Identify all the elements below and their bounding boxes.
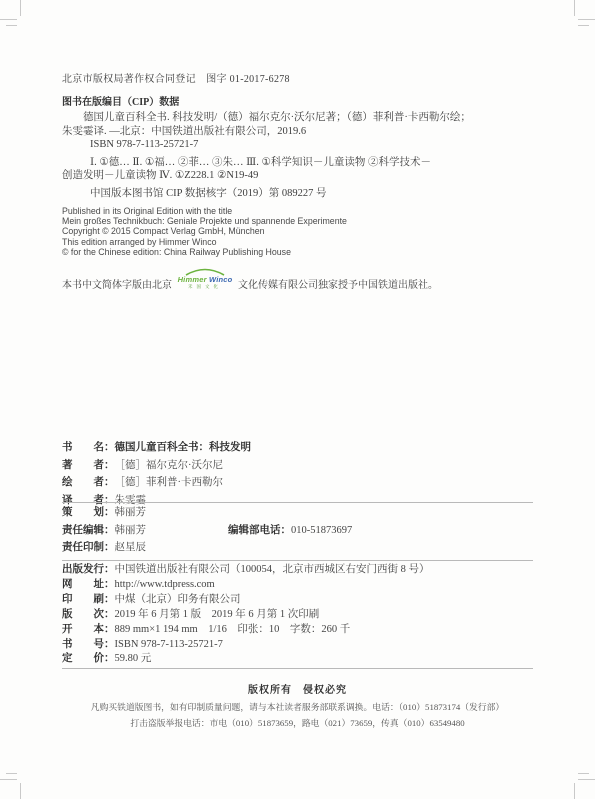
original-edition-line: This edition arranged by Himmer Winco <box>62 237 347 247</box>
divider <box>62 502 533 503</box>
info-row-title: 书 名德国儿童百科全书：科技发明 <box>62 439 534 457</box>
anti-piracy-phone-line: 打击盗版举报电话：市电（010）51873659，路电（021）73659，传真… <box>0 716 595 729</box>
book-title: 德国儿童百科全书：科技发明 <box>115 442 252 453</box>
info-label: 绘 者 <box>62 474 115 492</box>
license-text-after: 文化传媒有限公司独家授予中国铁道出版社。 <box>238 280 438 291</box>
cip-classification-line: Ⅰ. ①德… Ⅱ. ①福… ②菲… ③朱… Ⅲ. ①科学知识－儿童读物 ②科学技… <box>62 156 534 170</box>
info-label: 出版发行 <box>62 563 115 578</box>
info-row-planner: 策 划韩丽芳 <box>62 504 534 522</box>
divider <box>62 668 533 669</box>
staff-info-block: 策 划韩丽芳 责任编辑韩丽芳 编辑部电话010-51873697 责任印制赵星辰 <box>62 504 534 557</box>
info-row-edition: 版 次2019 年 6 月第 1 版 2019 年 6 月第 1 次印刷 <box>62 608 534 623</box>
info-value: ［德］福尔克尔·沃尔尼 <box>115 460 224 471</box>
info-label: 网 址 <box>62 578 115 593</box>
copyright-page: 北京市版权局著作权合同登记 图字 01-2017-6278 图书在版编目（CIP… <box>0 0 595 799</box>
info-row-format: 开 本889 mm×1 194 mm 1/16 印张：10 字数：260 千 <box>62 623 534 638</box>
info-label: 策 划 <box>62 504 115 522</box>
info-value: ［德］菲利普·卡西勒尔 <box>115 477 224 488</box>
info-value: 中国铁道出版社有限公司（100054，北京市西城区右安门西街 8 号） <box>115 564 430 575</box>
service-phone-line: 凡购买铁道版图书，如有印制质量问题，请与本社读者服务部联系调换。电话：（010）… <box>0 700 595 713</box>
info-value: 010-51873697 <box>291 525 352 536</box>
info-row-editor: 责任编辑韩丽芳 编辑部电话010-51873697 <box>62 522 534 540</box>
info-row-website: 网 址http://www.tdpress.com <box>62 578 534 593</box>
divider <box>62 560 533 561</box>
info-value: 韩丽芳 <box>115 507 147 518</box>
info-row-printer: 印 刷中煤（北京）印务有限公司 <box>62 593 534 608</box>
original-edition-line: Mein großes Technikbuch: Geniale Projekt… <box>62 216 347 226</box>
info-label: 开 本 <box>62 623 115 638</box>
info-label: 书 名 <box>62 439 115 457</box>
info-value: 中煤（北京）印务有限公司 <box>115 594 241 605</box>
original-edition-line: Copyright © 2015 Compact Verlag GmbH, Mü… <box>62 226 347 236</box>
info-label: 责任印制 <box>62 539 115 557</box>
license-line: 本书中文简体字版由北京 Himmer Winco 禾国文化 文化传媒有限公司独家… <box>62 276 438 294</box>
cip-data-block: 德国儿童百科全书. 科技发明/（德）福尔克尔·沃尔尼著；（德）菲利普·卡西勒尔绘… <box>62 111 534 200</box>
info-value: 韩丽芳 <box>115 525 147 536</box>
info-label: 定 价 <box>62 652 115 667</box>
copyright-registration-line: 北京市版权局著作权合同登记 图字 01-2017-6278 <box>62 70 290 85</box>
info-row-print-supervisor: 责任印制赵星辰 <box>62 539 534 557</box>
cip-record-number-line: 中国版本图书馆 CIP 数据核字（2019）第 089227 号 <box>62 187 534 201</box>
editorial-phone: 编辑部电话010-51873697 <box>228 522 352 540</box>
info-row-price: 定 价59.80 元 <box>62 652 534 667</box>
cip-heading: 图书在版编目（CIP）数据 <box>62 93 179 108</box>
copyright-notice-title: 版权所有 侵权必究 <box>0 681 595 696</box>
himmer-winco-logo: Himmer Winco 禾国文化 <box>176 276 234 294</box>
publisher-url: http://www.tdpress.com <box>115 579 215 590</box>
info-row-publisher: 出版发行中国铁道出版社有限公司（100054，北京市西城区右安门西街 8 号） <box>62 563 534 578</box>
info-label: 版 次 <box>62 608 115 623</box>
info-label: 书 号 <box>62 638 115 653</box>
info-value: 2019 年 6 月第 1 版 2019 年 6 月第 1 次印刷 <box>115 609 320 620</box>
original-edition-line: © for the Chinese edition: China Railway… <box>62 247 347 257</box>
info-label: 编辑部电话 <box>228 522 291 540</box>
info-row-author: 著 者［德］福尔克尔·沃尔尼 <box>62 457 534 475</box>
original-edition-block: Published in its Original Edition with t… <box>62 206 347 257</box>
cip-isbn-line: ISBN 978-7-113-25721-7 <box>62 138 534 152</box>
info-value: 赵星辰 <box>115 542 147 553</box>
info-value: ISBN 978-7-113-25721-7 <box>115 639 223 650</box>
info-row-isbn: 书 号ISBN 978-7-113-25721-7 <box>62 638 534 653</box>
book-info-block: 书 名德国儿童百科全书：科技发明 著 者［德］福尔克尔·沃尔尼 绘 者［德］菲利… <box>62 439 534 509</box>
info-label: 著 者 <box>62 457 115 475</box>
cip-line: 朱雯霎译. —北京：中国铁道出版社有限公司，2019.6 <box>62 125 534 139</box>
info-label: 印 刷 <box>62 593 115 608</box>
info-label: 责任编辑 <box>62 522 115 540</box>
cip-line: 德国儿童百科全书. 科技发明/（德）福尔克尔·沃尔尼著；（德）菲利普·卡西勒尔绘… <box>62 111 534 125</box>
info-row-illustrator: 绘 者［德］菲利普·卡西勒尔 <box>62 474 534 492</box>
info-value: 889 mm×1 194 mm 1/16 印张：10 字数：260 千 <box>115 624 351 635</box>
info-value: 59.80 元 <box>115 653 152 664</box>
logo-wordmark: Himmer Winco <box>176 276 234 284</box>
logo-subtext: 禾国文化 <box>176 284 234 290</box>
cip-classification-line: 创造发明－儿童读物 Ⅳ. ①Z228.1 ②N19-49 <box>62 169 534 183</box>
logo-arc-icon <box>184 267 226 277</box>
original-edition-line: Published in its Original Edition with t… <box>62 206 347 216</box>
publishing-info-block: 出版发行中国铁道出版社有限公司（100054，北京市西城区右安门西街 8 号） … <box>62 563 534 667</box>
license-text-before: 本书中文简体字版由北京 <box>62 280 172 291</box>
